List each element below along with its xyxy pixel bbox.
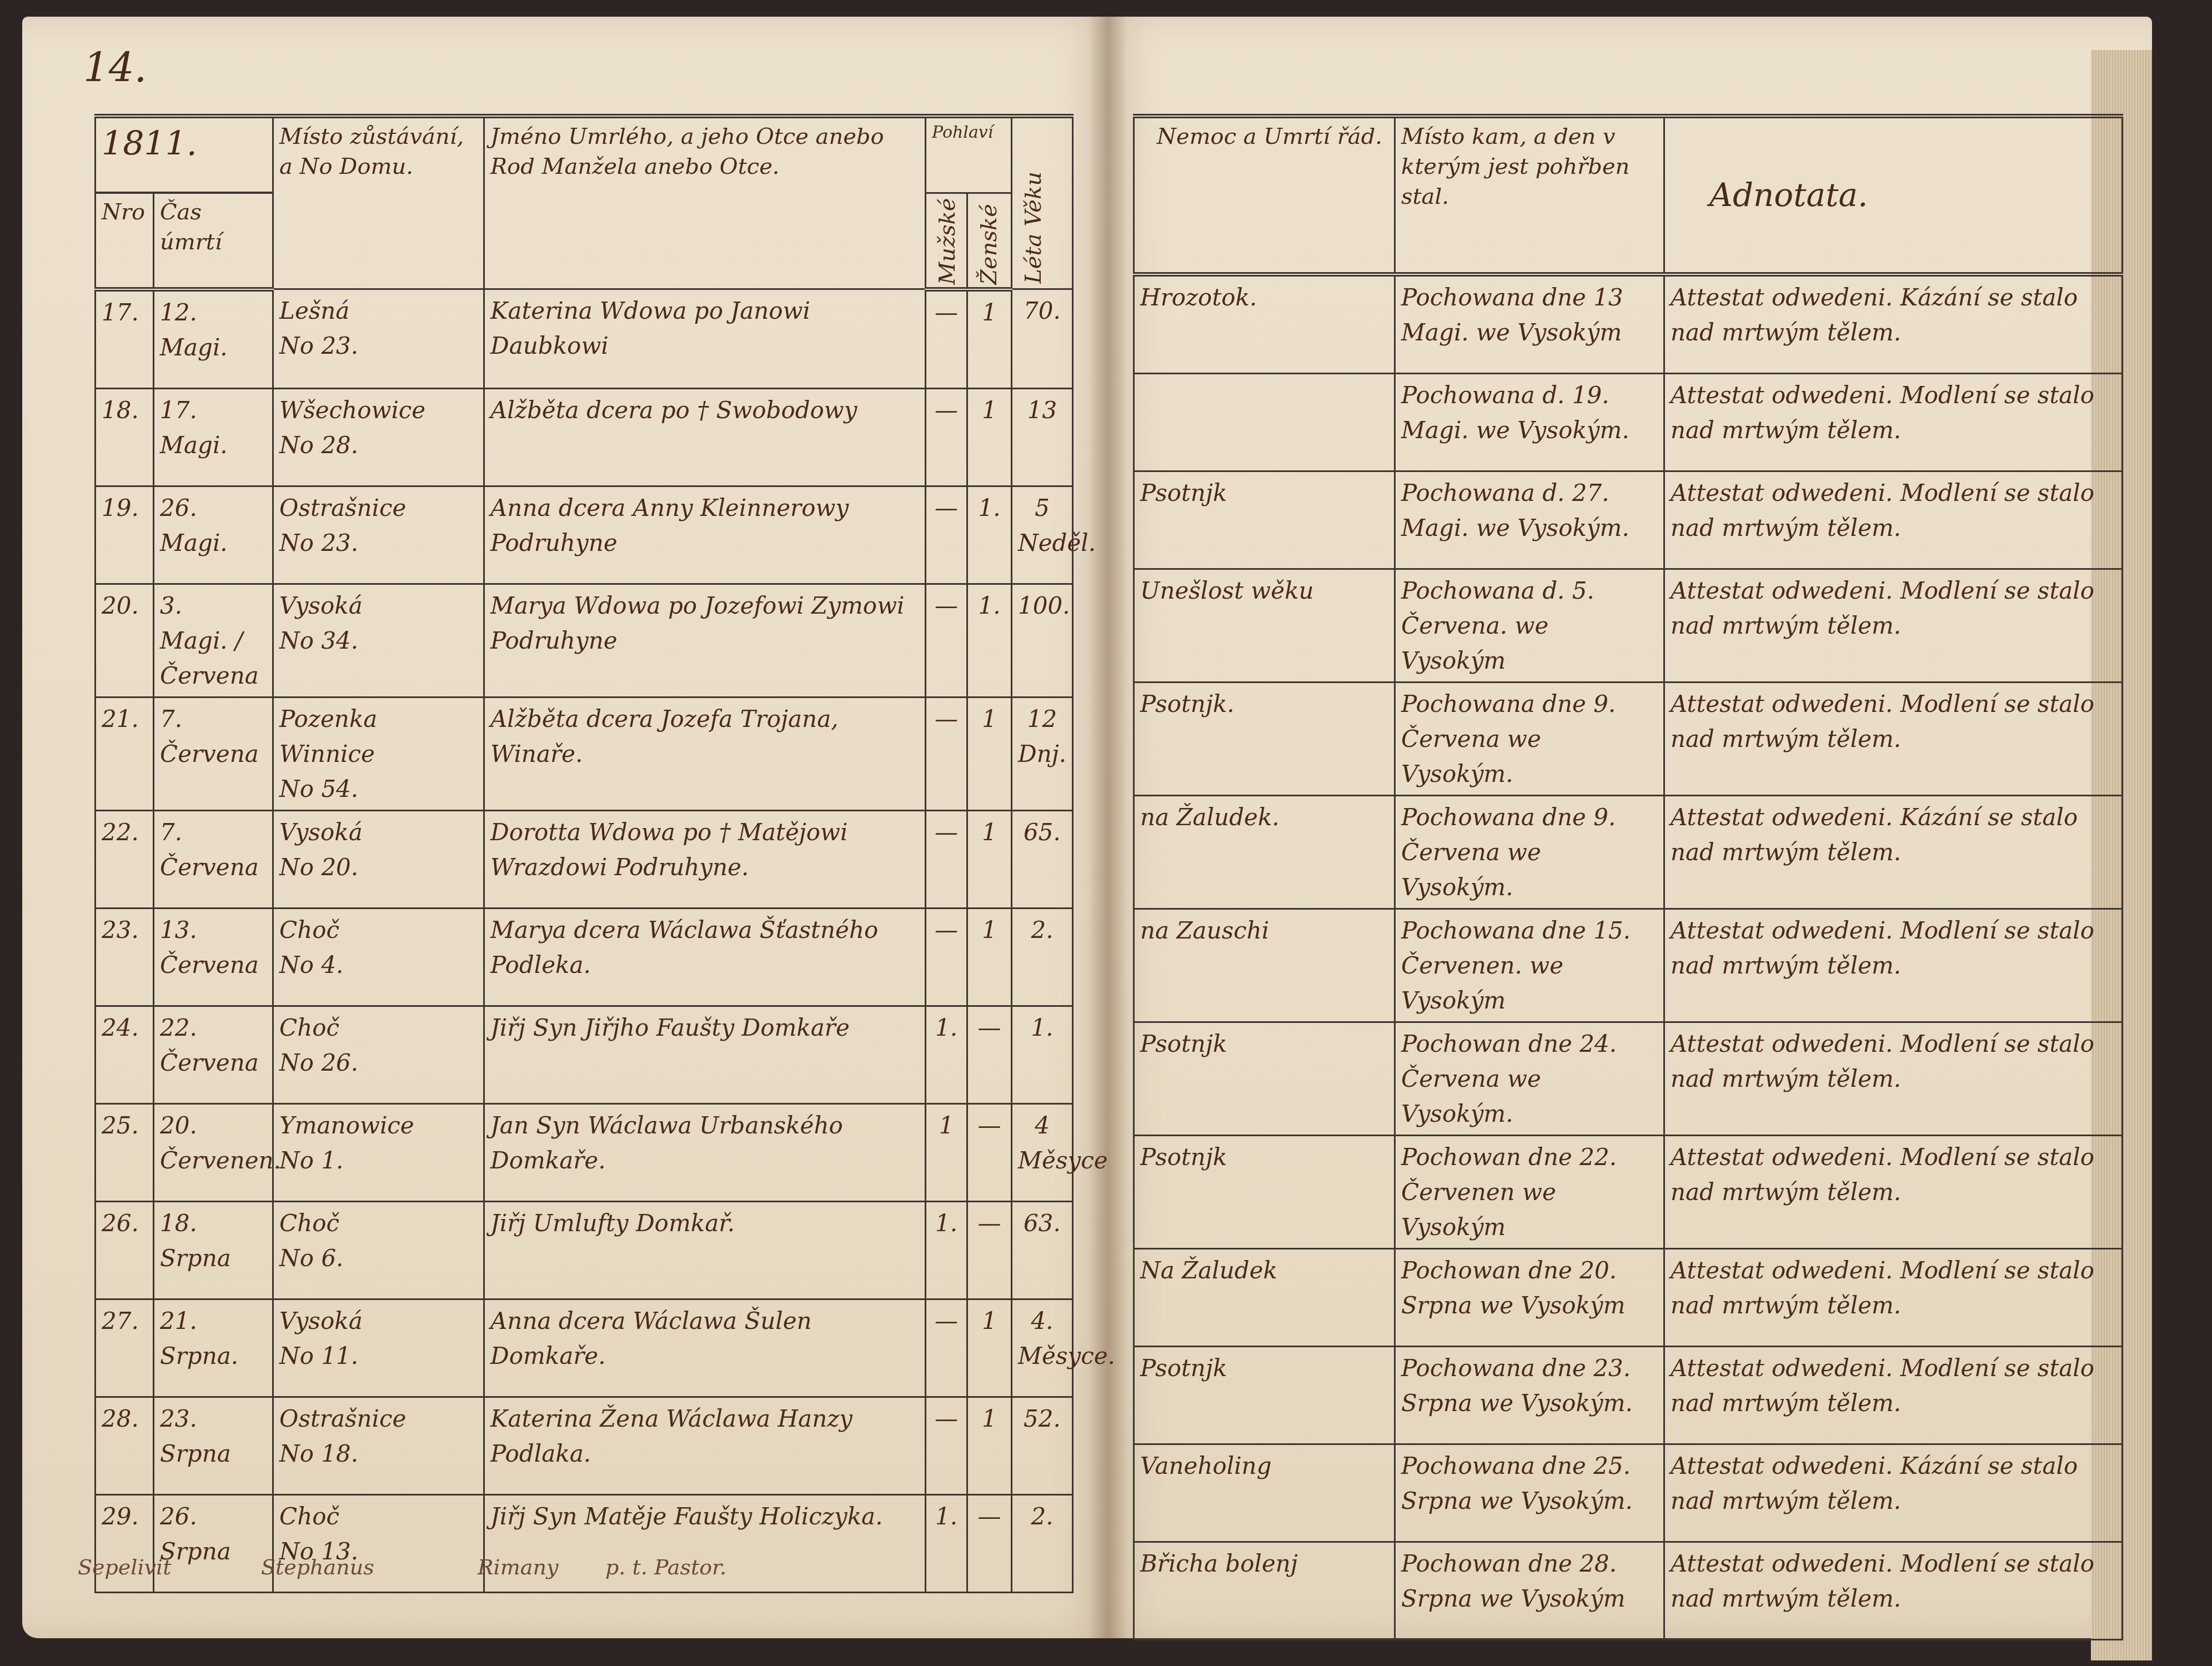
burial-info: Pochowana dne 25. Srpna we Vysokým. xyxy=(1395,1444,1664,1542)
deceased-name: Katerina Žena Wáclawa Hanzy Podlaka. xyxy=(484,1397,926,1494)
death-date: 17.Magi. xyxy=(154,388,273,486)
residence: OstrašniceNo 18. xyxy=(273,1397,484,1494)
death-date: 26.Magi. xyxy=(154,486,273,584)
book-spread: 14. 1811. Místo zůstávání, a No Domu. Jm… xyxy=(0,0,2212,1666)
register-row: 26. 18.Srpna ChočNo 6. Jiřj Umlufty Domk… xyxy=(96,1201,1073,1299)
register-row: Psotnjk.Pochowana dne 9. Červena we Vyso… xyxy=(1134,683,2123,796)
village: Ymanowice xyxy=(279,1108,478,1143)
signature-sepelivit: Sepelivit xyxy=(78,1555,172,1579)
death-date: 3.Magi. / Červena xyxy=(154,584,273,697)
register-row: Pochowana d. 19. Magi. we Vysokým.Attest… xyxy=(1134,374,2123,471)
house-no: No 34. xyxy=(279,623,478,658)
entry-no: 17. xyxy=(96,289,154,389)
female-count: — xyxy=(967,1103,1012,1201)
entry-no: 19. xyxy=(96,486,154,584)
residence: LešnáNo 23. xyxy=(273,289,484,389)
village: Choč xyxy=(279,1010,478,1045)
male-count: — xyxy=(926,1397,967,1494)
entry-no: 27. xyxy=(96,1299,154,1397)
month: Červena xyxy=(160,947,267,982)
annotation: Attestat odwedeni. Modlení se stalo nad … xyxy=(1664,1136,2123,1249)
deceased-name: Dorotta Wdowa po † Matějowi Wrazdowi Pod… xyxy=(484,810,926,908)
house-no: No 23. xyxy=(279,525,478,560)
day: 7. xyxy=(160,815,267,850)
burial-info: Pochowana dne 9. Červena we Vysokým. xyxy=(1395,796,1664,909)
death-date: 23.Srpna xyxy=(154,1397,273,1494)
age: 5 Neděl. xyxy=(1012,486,1073,584)
month: Magi. xyxy=(160,525,267,560)
header-age: Léta Věku xyxy=(1012,116,1073,289)
burial-info: Pochowana dne 23. Srpna we Vysokým. xyxy=(1395,1347,1664,1444)
register-row: 17. 12.Magi. LešnáNo 23. Katerina Wdowa … xyxy=(96,289,1073,389)
house-no: No 1. xyxy=(279,1143,478,1178)
month: Červena xyxy=(160,736,267,771)
register-row: PsotnjkPochowana dne 23. Srpna we Vysoký… xyxy=(1134,1347,2123,1444)
day: 17. xyxy=(160,393,267,428)
village: Choč xyxy=(279,912,478,947)
month: Magi. / Červena xyxy=(160,623,267,693)
month: Červenen. xyxy=(160,1143,267,1178)
village: Pozenka Winnice xyxy=(279,701,478,771)
annotation: Attestat odwedeni. Modlení se stalo nad … xyxy=(1664,1347,2123,1444)
signature-title: p. t. Pastor. xyxy=(605,1555,726,1579)
residence: Pozenka WinniceNo 54. xyxy=(273,697,484,810)
age: 70. xyxy=(1012,289,1073,389)
male-count: 1. xyxy=(926,1494,967,1592)
month: Srpna xyxy=(160,1436,267,1471)
annotation: Attestat odwedeni. Modlení se stalo nad … xyxy=(1664,1542,2123,1640)
village: Lešná xyxy=(279,293,478,328)
death-date: 21.Srpna. xyxy=(154,1299,273,1397)
male-count: — xyxy=(926,1299,967,1397)
female-count: 1 xyxy=(967,1397,1012,1494)
age: 52. xyxy=(1012,1397,1073,1494)
entry-no: 28. xyxy=(96,1397,154,1494)
register-row: 24. 22.Červena ChočNo 26. Jiřj Syn Jiřjh… xyxy=(96,1006,1073,1103)
day: 22. xyxy=(160,1010,267,1045)
left-register-table: 1811. Místo zůstávání, a No Domu. Jméno … xyxy=(94,114,1074,1593)
village: Ostrašnice xyxy=(279,1401,478,1436)
female-count: 1 xyxy=(967,810,1012,908)
header-date: Čas úmrtí xyxy=(154,193,273,289)
female-count: — xyxy=(967,1494,1012,1592)
male-count: — xyxy=(926,810,967,908)
residence: OstrašniceNo 23. xyxy=(273,486,484,584)
deceased-name: Alžběta dcera Jozefa Trojana, Winaře. xyxy=(484,697,926,810)
death-date: 20.Červenen. xyxy=(154,1103,273,1201)
age: 65. xyxy=(1012,810,1073,908)
register-row: 23. 13.Červena ChočNo 4. Marya dcera Wác… xyxy=(96,908,1073,1006)
header-cause: Nemoc a Umrtí řád. xyxy=(1134,116,1395,274)
death-date: 7.Červena xyxy=(154,697,273,810)
burial-info: Pochowana dne 15. Červenen. we Vysokým xyxy=(1395,909,1664,1022)
annotation: Attestat odwedeni. Kázání se stalo nad m… xyxy=(1664,1444,2123,1542)
header-no: Nro xyxy=(96,193,154,289)
male-count: — xyxy=(926,289,967,389)
burial-info: Pochowan dne 24. Červena we Vysokým. xyxy=(1395,1022,1664,1136)
register-row: 27. 21.Srpna. VysokáNo 11. Anna dcera Wá… xyxy=(96,1299,1073,1397)
age: 63. xyxy=(1012,1201,1073,1299)
month: Srpna xyxy=(160,1241,267,1276)
day: 18. xyxy=(160,1206,267,1241)
header-notes: Adnotata. xyxy=(1664,116,2123,274)
burial-info: Pochowana dne 13 Magi. we Vysokým xyxy=(1395,274,1664,374)
house-no: No 28. xyxy=(279,428,478,463)
header-name: Jméno Umrlého, a jeho Otce anebo Rod Man… xyxy=(484,116,926,289)
cause-of-death: na Zauschi xyxy=(1134,909,1395,1022)
day: 3. xyxy=(160,588,267,623)
register-row: 21. 7.Červena Pozenka WinniceNo 54. Alžb… xyxy=(96,697,1073,810)
day: 12. xyxy=(160,295,267,330)
annotation: Attestat odwedeni. Modlení se stalo nad … xyxy=(1664,471,2123,569)
age: 4. Měsyce. xyxy=(1012,1299,1073,1397)
female-count: 1. xyxy=(967,584,1012,697)
house-no: No 23. xyxy=(279,328,478,363)
day: 26. xyxy=(160,490,267,525)
burial-info: Pochowan dne 22. Červenen we Vysokým xyxy=(1395,1136,1664,1249)
village: Vysoká xyxy=(279,815,478,850)
register-row: Unešlost wěkuPochowana d. 5. Červena. we… xyxy=(1134,569,2123,683)
male-count: 1 xyxy=(926,1103,967,1201)
deceased-name: Jiřj Syn Jiřjho Faušty Domkaře xyxy=(484,1006,926,1103)
male-count: — xyxy=(926,584,967,697)
annotation: Attestat odwedeni. Kázání se stalo nad m… xyxy=(1664,796,2123,909)
age: 100. xyxy=(1012,584,1073,697)
male-count: 1. xyxy=(926,1201,967,1299)
register-row: 28. 23.Srpna OstrašniceNo 18. Katerina Ž… xyxy=(96,1397,1073,1494)
register-row: 29. 26.Srpna ChočNo 13. Jiřj Syn Matěje … xyxy=(96,1494,1073,1592)
burial-info: Pochowana d. 5. Červena. we Vysokým xyxy=(1395,569,1664,683)
death-date: 13.Červena xyxy=(154,908,273,1006)
burial-info: Pochowan dne 20. Srpna we Vysokým xyxy=(1395,1249,1664,1347)
register-row: Na ŽaludekPochowan dne 20. Srpna we Vyso… xyxy=(1134,1249,2123,1347)
residence: VysokáNo 34. xyxy=(273,584,484,697)
female-count: 1 xyxy=(967,908,1012,1006)
cause-of-death xyxy=(1134,374,1395,471)
header-place: Místo zůstávání, a No Domu. xyxy=(273,116,484,289)
male-count: — xyxy=(926,486,967,584)
death-date: 12.Magi. xyxy=(154,289,273,389)
right-register-table: Nemoc a Umrtí řád. Místo kam, a den v kt… xyxy=(1133,114,2123,1640)
female-count: 1 xyxy=(967,289,1012,389)
month: Magi. xyxy=(160,428,267,463)
register-row: 19. 26.Magi. OstrašniceNo 23. Anna dcera… xyxy=(96,486,1073,584)
male-count: 1. xyxy=(926,1006,967,1103)
female-count: 1. xyxy=(967,486,1012,584)
female-count: — xyxy=(967,1201,1012,1299)
day: 13. xyxy=(160,912,267,947)
header-sex: Pohlaví xyxy=(926,116,1012,193)
month: Srpna. xyxy=(160,1338,267,1373)
female-count: — xyxy=(967,1006,1012,1103)
annotation: Attestat odwedeni. Modlení se stalo nad … xyxy=(1664,1249,2123,1347)
village: Vysoká xyxy=(279,588,478,623)
house-no: No 11. xyxy=(279,1338,478,1373)
house-no: No 4. xyxy=(279,947,478,982)
annotation: Attestat odwedeni. Modlení se stalo nad … xyxy=(1664,909,2123,1022)
cause-of-death: Psotnjk xyxy=(1134,1022,1395,1136)
header-female: Ženské xyxy=(967,193,1012,289)
annotation: Attestat odwedeni. Modlení se stalo nad … xyxy=(1664,569,2123,683)
annotation: Attestat odwedeni. Modlení se stalo nad … xyxy=(1664,683,2123,796)
village: Ostrašnice xyxy=(279,490,478,525)
entry-no: 25. xyxy=(96,1103,154,1201)
day: 20. xyxy=(160,1108,267,1143)
entry-no: 18. xyxy=(96,388,154,486)
house-no: No 18. xyxy=(279,1436,478,1471)
signature-surname: Rimany xyxy=(478,1555,558,1579)
residence: WšechowiceNo 28. xyxy=(273,388,484,486)
deceased-name: Jan Syn Wáclawa Urbanského Domkaře. xyxy=(484,1103,926,1201)
house-no: No 20. xyxy=(279,850,478,885)
entry-no: 22. xyxy=(96,810,154,908)
cause-of-death: Psotnjk. xyxy=(1134,683,1395,796)
burial-info: Pochowan dne 28. Srpna we Vysokým xyxy=(1395,1542,1664,1640)
village: Choč xyxy=(279,1499,478,1534)
residence: ChočNo 26. xyxy=(273,1006,484,1103)
annotation: Attestat odwedeni. Kázání se stalo nad m… xyxy=(1664,274,2123,374)
age: 2. xyxy=(1012,1494,1073,1592)
house-no: No 26. xyxy=(279,1045,478,1080)
register-row: Hrozotok.Pochowana dne 13 Magi. we Vysok… xyxy=(1134,274,2123,374)
deceased-name: Marya Wdowa po Jozefowi Zymowi Podruhyne xyxy=(484,584,926,697)
cause-of-death: Břicha bolenj xyxy=(1134,1542,1395,1640)
entry-no: 26. xyxy=(96,1201,154,1299)
burial-info: Pochowana dne 9. Červena we Vysokým. xyxy=(1395,683,1664,796)
register-row: PsotnjkPochowan dne 22. Červenen we Vyso… xyxy=(1134,1136,2123,1249)
month: Červena xyxy=(160,1045,267,1080)
cause-of-death: Psotnjk xyxy=(1134,1136,1395,1249)
deceased-name: Alžběta dcera po † Swobodowy xyxy=(484,388,926,486)
entry-no: 23. xyxy=(96,908,154,1006)
deceased-name: Marya dcera Wáclawa Šťastného Podleka. xyxy=(484,908,926,1006)
header-year: 1811. xyxy=(96,116,273,193)
cause-of-death: Psotnjk xyxy=(1134,471,1395,569)
register-row: PsotnjkPochowana d. 27. Magi. we Vysokým… xyxy=(1134,471,2123,569)
header-burial: Místo kam, a den v kterým jest pohřben s… xyxy=(1395,116,1664,274)
month: Srpna xyxy=(160,1534,267,1569)
register-row: Břicha bolenjPochowan dne 28. Srpna we V… xyxy=(1134,1542,2123,1640)
age: 12 Dnj. xyxy=(1012,697,1073,810)
cause-of-death: Na Žaludek xyxy=(1134,1249,1395,1347)
cause-of-death: Psotnjk xyxy=(1134,1347,1395,1444)
male-count: — xyxy=(926,908,967,1006)
month: Červena xyxy=(160,850,267,885)
entry-no: 24. xyxy=(96,1006,154,1103)
death-date: 18.Srpna xyxy=(154,1201,273,1299)
burial-info: Pochowana d. 19. Magi. we Vysokým. xyxy=(1395,374,1664,471)
female-count: 1 xyxy=(967,1299,1012,1397)
female-count: 1 xyxy=(967,697,1012,810)
deceased-name: Jiřj Umlufty Domkař. xyxy=(484,1201,926,1299)
header-male: Mužské xyxy=(926,193,967,289)
deceased-name: Katerina Wdowa po Janowi Daubkowi xyxy=(484,289,926,389)
day: 26. xyxy=(160,1499,267,1534)
register-row: na Žaludek.Pochowana dne 9. Červena we V… xyxy=(1134,796,2123,909)
male-count: — xyxy=(926,388,967,486)
annotation: Attestat odwedeni. Modlení se stalo nad … xyxy=(1664,1022,2123,1136)
burial-info: Pochowana d. 27. Magi. we Vysokým. xyxy=(1395,471,1664,569)
deceased-name: Anna dcera Wáclawa Šulen Domkaře. xyxy=(484,1299,926,1397)
register-row: na ZauschiPochowana dne 15. Červenen. we… xyxy=(1134,909,2123,1022)
residence: YmanowiceNo 1. xyxy=(273,1103,484,1201)
deceased-name: Anna dcera Anny Kleinnerowy Podruhyne xyxy=(484,486,926,584)
register-row: 20. 3.Magi. / Červena VysokáNo 34. Marya… xyxy=(96,584,1073,697)
day: 21. xyxy=(160,1303,267,1338)
annotation: Attestat odwedeni. Modlení se stalo nad … xyxy=(1664,374,2123,471)
register-row: 25. 20.Červenen. YmanowiceNo 1. Jan Syn … xyxy=(96,1103,1073,1201)
death-date: 7.Červena xyxy=(154,810,273,908)
entry-no: 21. xyxy=(96,697,154,810)
village: Vysoká xyxy=(279,1303,478,1338)
female-count: 1 xyxy=(967,388,1012,486)
age: 4 Měsyce xyxy=(1012,1103,1073,1201)
age: 2. xyxy=(1012,908,1073,1006)
register-row: 18. 17.Magi. WšechowiceNo 28. Alžběta dc… xyxy=(96,388,1073,486)
death-date: 22.Červena xyxy=(154,1006,273,1103)
register-row: 22. 7.Červena VysokáNo 20. Dorotta Wdowa… xyxy=(96,810,1073,908)
cause-of-death: Vaneholing xyxy=(1134,1444,1395,1542)
cause-of-death: Unešlost wěku xyxy=(1134,569,1395,683)
cause-of-death: Hrozotok. xyxy=(1134,274,1395,374)
residence: VysokáNo 11. xyxy=(273,1299,484,1397)
day: 7. xyxy=(160,701,267,736)
residence: ChočNo 4. xyxy=(273,908,484,1006)
house-no: No 6. xyxy=(279,1241,478,1276)
village: Wšechowice xyxy=(279,393,478,428)
page-number: 14. xyxy=(83,44,147,91)
residence: VysokáNo 20. xyxy=(273,810,484,908)
register-row: VaneholingPochowana dne 25. Srpna we Vys… xyxy=(1134,1444,2123,1542)
cause-of-death: na Žaludek. xyxy=(1134,796,1395,909)
signature-name: Stephanus xyxy=(261,1555,374,1579)
village: Choč xyxy=(279,1206,478,1241)
age: 1. xyxy=(1012,1006,1073,1103)
male-count: — xyxy=(926,697,967,810)
residence: ChočNo 6. xyxy=(273,1201,484,1299)
age: 13 xyxy=(1012,388,1073,486)
book-gutter xyxy=(1089,17,1127,1638)
entry-no: 20. xyxy=(96,584,154,697)
month: Magi. xyxy=(160,330,267,365)
day: 23. xyxy=(160,1401,267,1436)
register-row: PsotnjkPochowan dne 24. Červena we Vysok… xyxy=(1134,1022,2123,1136)
house-no: No 54. xyxy=(279,771,478,806)
